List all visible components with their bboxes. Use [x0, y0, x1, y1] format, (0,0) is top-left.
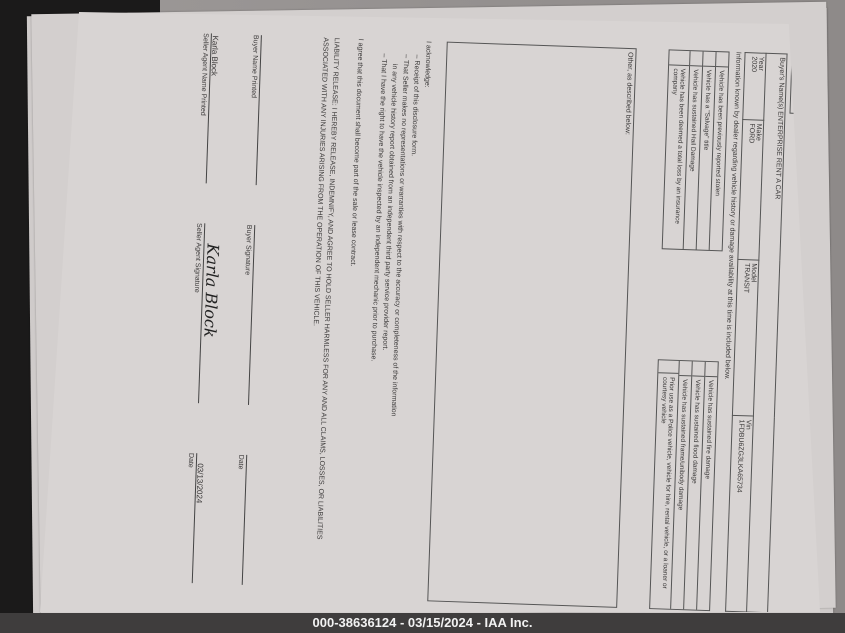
checkbox[interactable] — [690, 51, 703, 66]
buyer-signature-row: Buyer Name Printed Buyer Signature Date — [242, 35, 262, 595]
acknowledgement-section: I acknowledge: – Receipt of this disclos… — [359, 39, 434, 601]
buyer-date-label: Date — [237, 455, 245, 470]
buyer-signature-field[interactable]: Buyer Signature — [239, 225, 255, 405]
seller-signature-row: Karla Block Seller Agent Name Printed Ka… — [192, 33, 212, 593]
vehicle-disclosure-form: Vehicle Disclosure and Liability Release… — [62, 9, 842, 633]
year-cell: Year 2020 — [743, 53, 766, 121]
liability-release-text: LIABILITY RELEASE: I HEREBY RELEASE, IND… — [301, 37, 342, 577]
seller-name-printed-label: Seller Agent Name Printed — [199, 33, 209, 116]
buyer-name-label: Buyer's Name(s) — [777, 57, 786, 109]
checkbox[interactable] — [669, 50, 690, 65]
buyer-date-field[interactable]: Date — [233, 455, 248, 585]
checkbox[interactable] — [679, 361, 692, 376]
image-caption-bar: 000-38636124 - 03/15/2024 - IAA Inc. — [0, 613, 845, 633]
document-page: Vehicle Disclosure and Liability Release… — [40, 12, 820, 612]
checklist-label: Vehicle has been previously reported sto… — [714, 67, 725, 196]
checkbox[interactable] — [658, 360, 678, 374]
checkbox[interactable] — [705, 362, 718, 377]
checkbox[interactable] — [692, 361, 705, 376]
seller-date-label: Date — [187, 453, 195, 468]
checklist-label: Vehicle has sustained fire damage — [704, 377, 715, 479]
seller-name-field[interactable]: Karla Block Seller Agent Name Printed — [197, 33, 212, 183]
seller-signature-field[interactable]: Karla Block Seller Agent Signature — [189, 223, 205, 403]
buyer-name-printed-label: Buyer Name Printed — [250, 35, 259, 98]
agreement-text: I agree that this document shall become … — [349, 39, 364, 267]
checklist-label: Vehicle has sustained frame/unibody dama… — [677, 376, 689, 510]
seller-date-field[interactable]: 03/13/2024 Date — [183, 453, 198, 583]
checklist-label: Vehicle has sustained Hail Damage — [689, 66, 700, 171]
seller-signature-label: Seller Agent Signature — [193, 223, 202, 293]
checklist-label: Vehicle has a "Salvage" title — [703, 67, 713, 151]
seller-date-value: 03/13/2024 — [195, 463, 205, 503]
checkbox[interactable] — [703, 52, 716, 67]
buyer-signature-label: Buyer Signature — [244, 225, 253, 275]
seller-handwritten-signature: Karla Block — [200, 243, 222, 338]
acknowledge-item-text: Receipt of this disclosure form. — [410, 60, 420, 156]
checklist-label: Vehicle has sustained flood damage — [691, 377, 702, 484]
buyer-name-value: ENTERPRISE RENT A CAR — [773, 111, 783, 199]
other-description-box[interactable]: Other, as described below: — [427, 42, 636, 608]
checklist-left: Vehicle has been previously reported sto… — [662, 49, 730, 251]
seller-name-value: Karla Block — [209, 35, 219, 76]
other-label: Other, as described below: — [624, 52, 634, 135]
checklist-label: Vehicle has been deemed a total loss by … — [666, 65, 686, 249]
checklist-right: Vehicle has sustained fire damage Vehicl… — [649, 359, 719, 611]
checkbox[interactable] — [716, 52, 729, 67]
buyer-name-field[interactable]: Buyer Name Printed — [247, 35, 262, 185]
